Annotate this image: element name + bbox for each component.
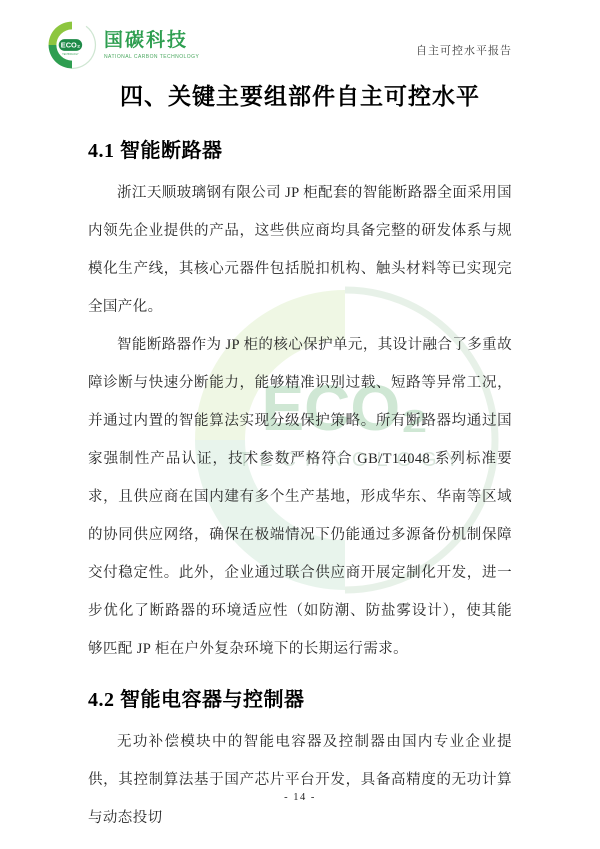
logo-text-block: 国碳科技 NATIONAL CARBON TECHNOLOGY bbox=[104, 30, 199, 61]
document-page: ECO₂ TECHNOLOGY ECO₂ TECHNOLOGY 国碳科技 NAT… bbox=[0, 0, 600, 849]
eco-leaf-logo-icon: ECO₂ TECHNOLOGY bbox=[47, 20, 97, 70]
company-logo: ECO₂ TECHNOLOGY 国碳科技 NATIONAL CARBON TEC… bbox=[47, 20, 199, 70]
page-number: - 14 - bbox=[284, 792, 316, 803]
paragraph-4-2-1: 无功补偿模块中的智能电容器及控制器由国内专业企业提供，其控制算法基于国产芯片平台… bbox=[88, 723, 512, 837]
company-name: 国碳科技 bbox=[104, 30, 199, 52]
section-heading-4-2: 4.2 智能电容器与控制器 bbox=[88, 687, 512, 713]
logo-badge-subtext: TECHNOLOGY bbox=[62, 54, 79, 56]
document-content: 四、关键主要组部件自主可控水平 4.1 智能断路器 浙江天顺玻璃钢有限公司 JP… bbox=[88, 70, 512, 837]
section-heading-4-1: 4.1 智能断路器 bbox=[88, 138, 512, 164]
page-title: 四、关键主要组部件自主可控水平 bbox=[88, 82, 512, 112]
company-tagline: NATIONAL CARBON TECHNOLOGY bbox=[104, 54, 199, 60]
logo-badge-text: ECO₂ bbox=[61, 41, 80, 50]
paragraph-4-1-1: 浙江天顺玻璃钢有限公司 JP 柜配套的智能断路器全面采用国内领先企业提供的产品，… bbox=[88, 174, 512, 326]
page-footer: - 14 - bbox=[0, 787, 600, 805]
page-header: ECO₂ TECHNOLOGY 国碳科技 NATIONAL CARBON TEC… bbox=[47, 20, 512, 70]
paragraph-4-1-2: 智能断路器作为 JP 柜的核心保护单元，其设计融合了多重故障诊断与快速分断能力，… bbox=[88, 326, 512, 668]
doc-label: 自主可控水平报告 bbox=[416, 42, 512, 58]
